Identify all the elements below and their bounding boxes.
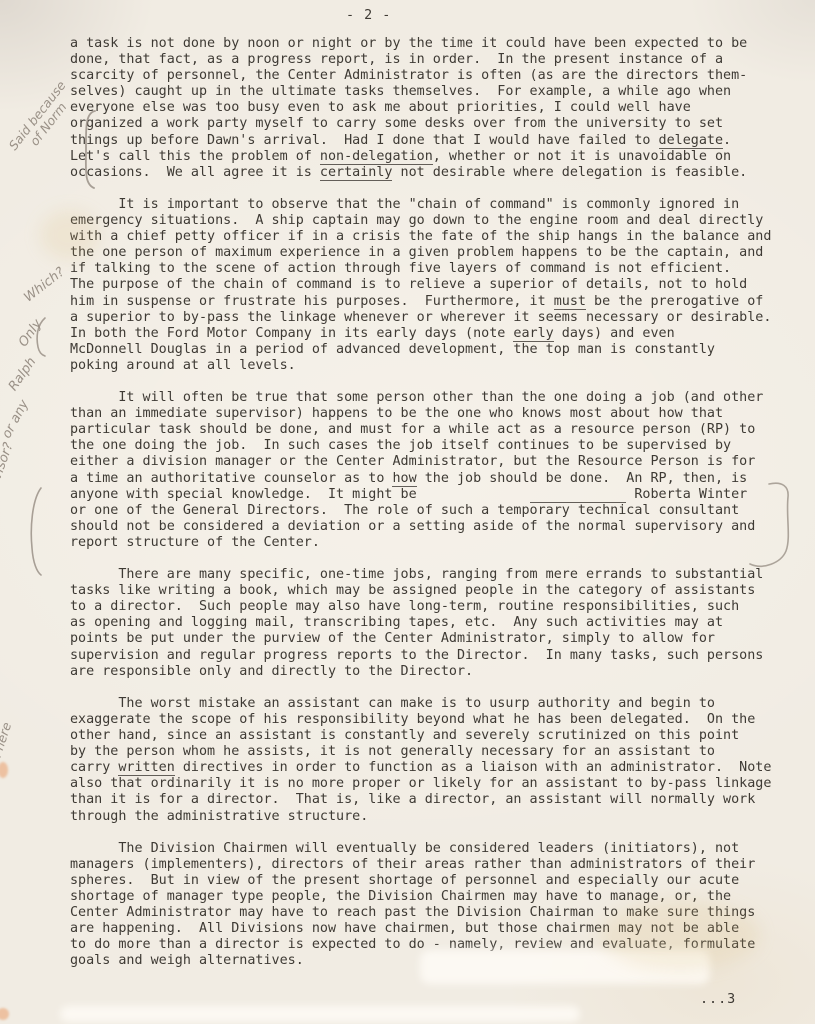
underlined-text: must — [554, 294, 586, 310]
underlined-text: certainly — [320, 165, 393, 181]
paragraph: The Division Chairmen will eventually be… — [70, 841, 794, 970]
margin-note-which-word-1: Which? — [21, 265, 67, 306]
pencil-right-brace-mark — [743, 480, 807, 574]
text-run: It is important to observe that the "cha… — [70, 197, 771, 309]
text-run: directives in order to function as a lia… — [70, 760, 771, 823]
paragraph: a task is not done by noon or night or b… — [70, 36, 794, 181]
page-number-header: - 2 - — [346, 8, 391, 23]
paper-speck — [0, 1008, 9, 1020]
underlined-text: how — [392, 471, 416, 487]
text-run: The Division Chairmen will eventually be… — [70, 841, 755, 969]
pencil-paren-mark-small — [34, 316, 48, 358]
document-body: a task is not done by noon or night or b… — [70, 36, 794, 986]
margin-note-put-in-here: Put in here — [0, 720, 14, 789]
paren-icon — [34, 316, 48, 358]
margin-note-which-word-4: or any — [0, 397, 32, 441]
brace-icon — [743, 480, 807, 574]
footer-next-page-indicator: ...3 — [700, 992, 736, 1007]
text-run: There are many specific, one-time jobs, … — [70, 567, 763, 679]
underlined-text: early — [513, 326, 553, 342]
paren-icon — [28, 486, 44, 578]
underlined-text: delegate — [659, 133, 724, 149]
paper-light-band — [60, 1006, 580, 1022]
margin-note-which-word-5: supervisor? — [0, 441, 17, 517]
bracket-icon — [80, 108, 98, 192]
paragraph: There are many specific, one-time jobs, … — [70, 567, 794, 680]
margin-note-which-word-3: Ralph — [6, 355, 40, 394]
pencil-bracket-mark — [80, 108, 98, 192]
paragraph: It will often be true that some person o… — [70, 390, 794, 551]
text-run — [417, 487, 530, 502]
underlined-text: written — [118, 760, 174, 776]
underlined-text: non-delegation — [320, 149, 433, 165]
underlined-text — [530, 487, 627, 503]
text-run: a task is not done by noon or night or b… — [70, 36, 747, 148]
text-run: not desirable where delegation is feasib… — [392, 165, 747, 180]
paragraph: It is important to observe that the "cha… — [70, 197, 794, 374]
paragraph: The worst mistake an assistant can make … — [70, 696, 794, 825]
pencil-paren-mark-large — [28, 486, 44, 578]
scanned-document-page: - 2 - a task is not done by noon or nigh… — [0, 0, 815, 1024]
